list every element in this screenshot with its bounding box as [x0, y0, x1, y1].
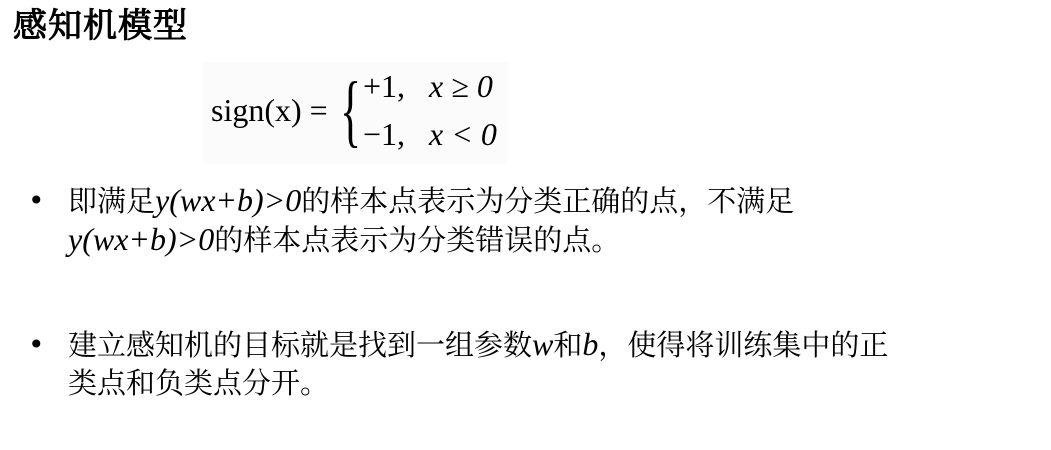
text: 的样本点表示为分类正确的点，不满足 [301, 184, 794, 218]
case-value: −1, [363, 116, 405, 152]
text: ，使得将训练集中的正 [598, 328, 888, 362]
text: 类点和负类点分开。 [68, 366, 329, 400]
case-condition: x < 0 [429, 116, 497, 152]
bullet-icon: • [28, 184, 45, 217]
text: 即满足 [68, 184, 155, 218]
text: 和 [553, 328, 582, 362]
bullet-paragraph-classification: 即满足y(wx+b)>0的样本点表示为分类正确的点，不满足 y(wx+b)>0的… [68, 181, 1038, 259]
formula-case-negative: −1, x < 0 [363, 116, 497, 153]
sign-function-formula: sign(x) = { +1, x ≥ 0 −1, x < 0 [203, 62, 507, 164]
slide-title: 感知机模型 [13, 2, 188, 50]
text: 建立感知机的目标就是找到一组参数 [68, 328, 532, 362]
math-variable-w: w [532, 326, 553, 362]
left-brace-icon: { [340, 66, 361, 156]
math-variable-b: b [582, 326, 598, 362]
case-condition: x ≥ 0 [429, 68, 493, 104]
math-expression: y(wx+b)>0 [68, 221, 214, 257]
case-value: +1, [363, 68, 405, 104]
formula-lhs: sign(x) = [211, 92, 328, 129]
bullet-icon: • [28, 328, 45, 361]
formula-case-positive: +1, x ≥ 0 [363, 68, 493, 105]
text: 的样本点表示为分类错误的点。 [214, 223, 620, 257]
math-expression: y(wx+b)>0 [155, 182, 301, 218]
bullet-paragraph-goal: 建立感知机的目标就是找到一组参数w和b，使得将训练集中的正 类点和负类点分开。 [68, 325, 1038, 402]
